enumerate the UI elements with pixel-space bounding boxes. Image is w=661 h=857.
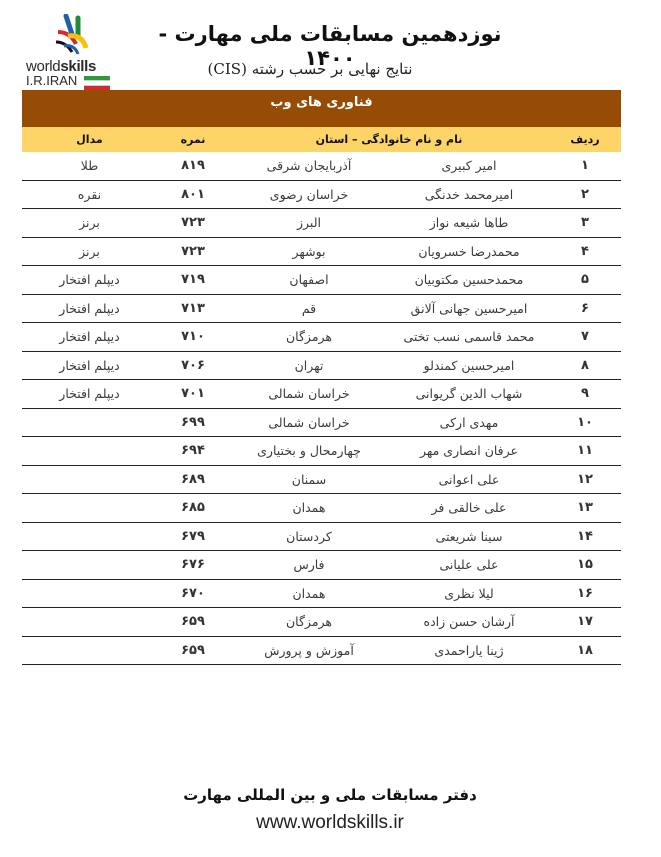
medal-cell <box>22 409 157 437</box>
score-cell: ۶۷۶ <box>157 551 229 579</box>
score-cell: ۸۰۱ <box>157 181 229 209</box>
province-cell: همدان <box>229 494 389 522</box>
rank-cell: ۱۶ <box>549 580 621 608</box>
name-cell: عرفان انصاری مهر <box>389 437 549 465</box>
rank-cell: ۱ <box>549 152 621 180</box>
table-row: ۸امیرحسین کمندلوتهران۷۰۶دیپلم افتخار <box>22 352 621 381</box>
medal-cell: برنز <box>22 238 157 266</box>
medal-cell <box>22 551 157 579</box>
name-cell: آرشان حسن زاده <box>389 608 549 636</box>
province-cell: اصفهان <box>229 266 389 294</box>
province-cell: سمنان <box>229 466 389 494</box>
column-header-score: نمره <box>157 127 229 152</box>
medal-cell: دیپلم افتخار <box>22 352 157 380</box>
table-row: ۱۲علی اعوانیسمنان۶۸۹ <box>22 466 621 495</box>
name-cell: امیرحسین جهانی آلانق <box>389 295 549 323</box>
score-cell: ۷۱۳ <box>157 295 229 323</box>
worldskills-logo: worldskills I.R.IRAN <box>26 14 116 92</box>
province-cell: قم <box>229 295 389 323</box>
worldskills-emblem-icon <box>48 14 92 58</box>
results-table: ۱امیر کبیریآذربایجان شرقی۸۱۹طلا۲امیرمحمد… <box>22 152 621 665</box>
footer-organization: دفتر مسابقات ملی و بین المللی مهارت <box>150 786 510 804</box>
table-row: ۱۶لیلا نظریهمدان۶۷۰ <box>22 580 621 609</box>
province-cell: کردستان <box>229 523 389 551</box>
rank-cell: ۱۳ <box>549 494 621 522</box>
score-cell: ۶۸۵ <box>157 494 229 522</box>
province-cell: آذربایجان شرقی <box>229 152 389 180</box>
medal-cell: دیپلم افتخار <box>22 380 157 408</box>
rank-cell: ۴ <box>549 238 621 266</box>
rank-cell: ۹ <box>549 380 621 408</box>
rank-cell: ۳ <box>549 209 621 237</box>
column-header-rank: ردیف <box>549 127 621 152</box>
table-header: ردیف نام و نام خانوادگی – استان نمره مدا… <box>22 127 621 152</box>
name-cell: علی علیانی <box>389 551 549 579</box>
medal-cell <box>22 466 157 494</box>
rank-cell: ۱۲ <box>549 466 621 494</box>
table-row: ۲امیرمحمد خدنگیخراسان رضوی۸۰۱نقره <box>22 181 621 210</box>
table-row: ۱۸ژینا یاراحمدیآموزش و پرورش۶۵۹ <box>22 637 621 666</box>
score-cell: ۷۲۳ <box>157 209 229 237</box>
table-row: ۱۷آرشان حسن زادههرمزگان۶۵۹ <box>22 608 621 637</box>
score-cell: ۷۰۱ <box>157 380 229 408</box>
rank-cell: ۵ <box>549 266 621 294</box>
province-cell: بوشهر <box>229 238 389 266</box>
province-cell: هرمزگان <box>229 608 389 636</box>
province-cell: تهران <box>229 352 389 380</box>
rank-cell: ۱۷ <box>549 608 621 636</box>
name-cell: مهدی ارکی <box>389 409 549 437</box>
province-cell: خراسان شمالی <box>229 409 389 437</box>
score-cell: ۶۵۹ <box>157 608 229 636</box>
score-cell: ۶۷۹ <box>157 523 229 551</box>
score-cell: ۶۷۰ <box>157 580 229 608</box>
name-cell: طاها شیعه نواز <box>389 209 549 237</box>
rank-cell: ۱۸ <box>549 637 621 665</box>
table-row: ۹شهاب الدین گریوانیخراسان شمالی۷۰۱دیپلم … <box>22 380 621 409</box>
score-cell: ۶۵۹ <box>157 637 229 665</box>
name-cell: امیر کبیری <box>389 152 549 180</box>
table-row: ۶امیرحسین جهانی آلانققم۷۱۳دیپلم افتخار <box>22 295 621 324</box>
score-cell: ۶۸۹ <box>157 466 229 494</box>
province-cell: همدان <box>229 580 389 608</box>
score-cell: ۸۱۹ <box>157 152 229 180</box>
medal-cell: نقره <box>22 181 157 209</box>
medal-cell: دیپلم افتخار <box>22 266 157 294</box>
medal-cell: دیپلم افتخار <box>22 295 157 323</box>
table-row: ۱۵علی علیانیفارس۶۷۶ <box>22 551 621 580</box>
table-row: ۱۱عرفان انصاری مهرچهارمحال و بختیاری۶۹۴ <box>22 437 621 466</box>
page-subtitle: نتایج نهایی بر حسب رشته (CIS) <box>150 60 470 78</box>
name-cell: شهاب الدین گریوانی <box>389 380 549 408</box>
table-row: ۵محمدحسین مکتوبیاناصفهان۷۱۹دیپلم افتخار <box>22 266 621 295</box>
logo-country: I.R.IRAN <box>26 74 77 88</box>
province-cell: فارس <box>229 551 389 579</box>
table-row: ۱امیر کبیریآذربایجان شرقی۸۱۹طلا <box>22 152 621 181</box>
medal-cell <box>22 523 157 551</box>
province-cell: آموزش و پرورش <box>229 637 389 665</box>
worldskills-wordmark: worldskills <box>26 59 96 74</box>
province-cell: خراسان شمالی <box>229 380 389 408</box>
rank-cell: ۷ <box>549 323 621 351</box>
score-cell: ۶۹۴ <box>157 437 229 465</box>
rank-cell: ۱۵ <box>549 551 621 579</box>
score-cell: ۶۹۹ <box>157 409 229 437</box>
name-cell: امیرمحمد خدنگی <box>389 181 549 209</box>
province-cell: هرمزگان <box>229 323 389 351</box>
rank-cell: ۲ <box>549 181 621 209</box>
table-row: ۷محمد قاسمی نسب تختیهرمزگان۷۱۰دیپلم افتخ… <box>22 323 621 352</box>
province-cell: البرز <box>229 209 389 237</box>
table-row: ۱۰مهدی ارکیخراسان شمالی۶۹۹ <box>22 409 621 438</box>
medal-cell <box>22 494 157 522</box>
medal-cell: طلا <box>22 152 157 180</box>
rank-cell: ۱۴ <box>549 523 621 551</box>
name-cell: امیرحسین کمندلو <box>389 352 549 380</box>
name-cell: لیلا نظری <box>389 580 549 608</box>
medal-cell: دیپلم افتخار <box>22 323 157 351</box>
iran-flag-icon <box>84 76 110 88</box>
score-cell: ۷۱۹ <box>157 266 229 294</box>
rank-cell: ۱۰ <box>549 409 621 437</box>
score-cell: ۷۰۶ <box>157 352 229 380</box>
rank-cell: ۱۱ <box>549 437 621 465</box>
table-row: ۴محمدرضا خسرویانبوشهر۷۲۳برنز <box>22 238 621 267</box>
name-cell: ژینا یاراحمدی <box>389 637 549 665</box>
name-cell: سینا شریعتی <box>389 523 549 551</box>
table-row: ۱۳علی خالقی فرهمدان۶۸۵ <box>22 494 621 523</box>
category-title: فناوری های وب <box>22 90 621 127</box>
medal-cell <box>22 637 157 665</box>
name-cell: علی خالقی فر <box>389 494 549 522</box>
table-row: ۳طاها شیعه نوازالبرز۷۲۳برنز <box>22 209 621 238</box>
name-cell: محمدرضا خسرویان <box>389 238 549 266</box>
table-row: ۱۴سینا شریعتیکردستان۶۷۹ <box>22 523 621 552</box>
column-header-name-province: نام و نام خانوادگی – استان <box>229 127 549 152</box>
name-cell: علی اعوانی <box>389 466 549 494</box>
rank-cell: ۸ <box>549 352 621 380</box>
rank-cell: ۶ <box>549 295 621 323</box>
name-cell: محمدحسین مکتوبیان <box>389 266 549 294</box>
footer-website-link[interactable]: www.worldskills.ir <box>150 812 510 834</box>
province-cell: چهارمحال و بختیاری <box>229 437 389 465</box>
medal-cell <box>22 608 157 636</box>
column-header-medal: مدال <box>22 127 157 152</box>
medal-cell: برنز <box>22 209 157 237</box>
medal-cell <box>22 580 157 608</box>
score-cell: ۷۱۰ <box>157 323 229 351</box>
province-cell: خراسان رضوی <box>229 181 389 209</box>
medal-cell <box>22 437 157 465</box>
name-cell: محمد قاسمی نسب تختی <box>389 323 549 351</box>
score-cell: ۷۲۳ <box>157 238 229 266</box>
